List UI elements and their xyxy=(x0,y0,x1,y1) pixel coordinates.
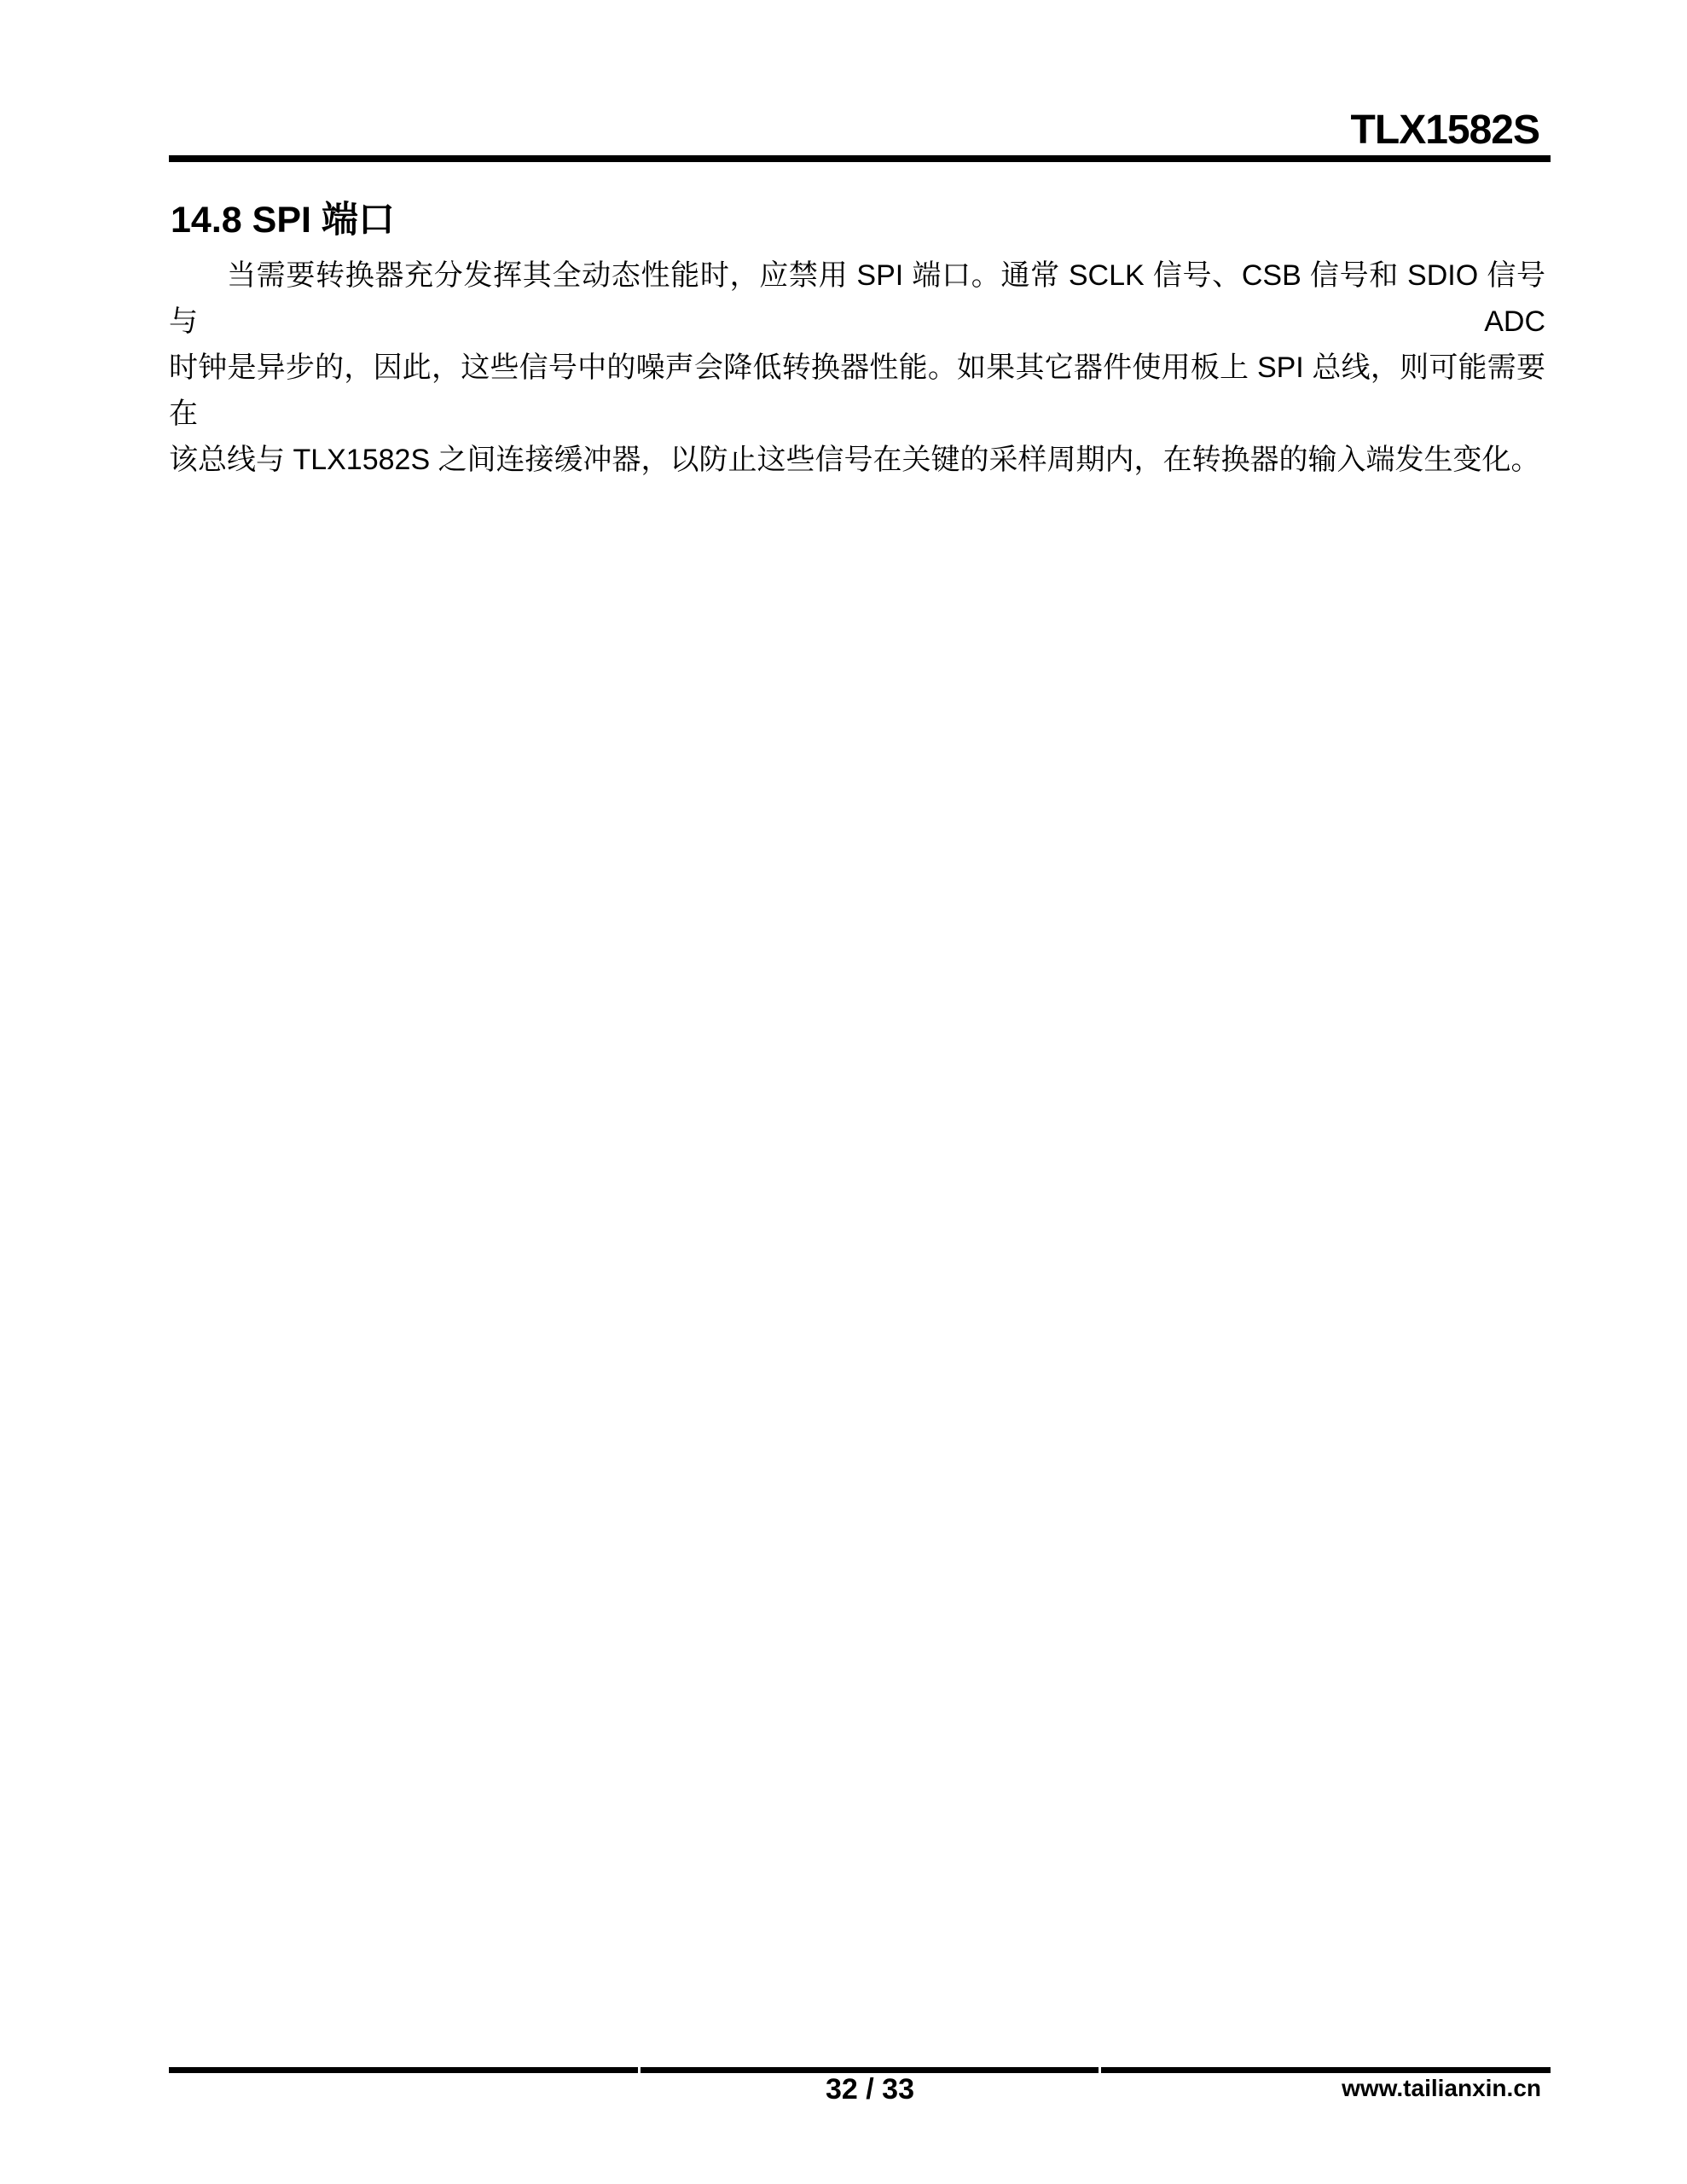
footer-page-indicator: 32 / 33 xyxy=(641,2075,1099,2104)
footer-rule-segment-center xyxy=(641,2067,1099,2073)
section-heading: 14.8 SPI 端口 xyxy=(171,202,395,239)
footer-rule-segment-left xyxy=(169,2067,638,2073)
header-rule xyxy=(169,155,1551,162)
paragraph-line-1: 当需要转换器充分发挥其全动态性能时，应禁用 SPI 端口。通常 SCLK 信号、… xyxy=(169,253,1545,345)
page-header-product-title: TLX1582S xyxy=(1351,110,1539,151)
paragraph-line-2: 时钟是异步的，因此，这些信号中的噪声会降低转换器性能。如果其它器件使用板上 SP… xyxy=(169,345,1545,437)
body-paragraph: 当需要转换器充分发挥其全动态性能时，应禁用 SPI 端口。通常 SCLK 信号、… xyxy=(169,253,1545,483)
footer-rule-segment-right xyxy=(1101,2067,1551,2073)
footer-rule xyxy=(169,2067,1551,2073)
document-page: TLX1582S 14.8 SPI 端口 当需要转换器充分发挥其全动态性能时，应… xyxy=(0,0,1687,2184)
footer-website: www.tailianxin.cn xyxy=(1342,2077,1541,2100)
paragraph-line-3: 该总线与 TLX1582S 之间连接缓冲器，以防止这些信号在关键的采样周期内，在… xyxy=(169,437,1545,483)
